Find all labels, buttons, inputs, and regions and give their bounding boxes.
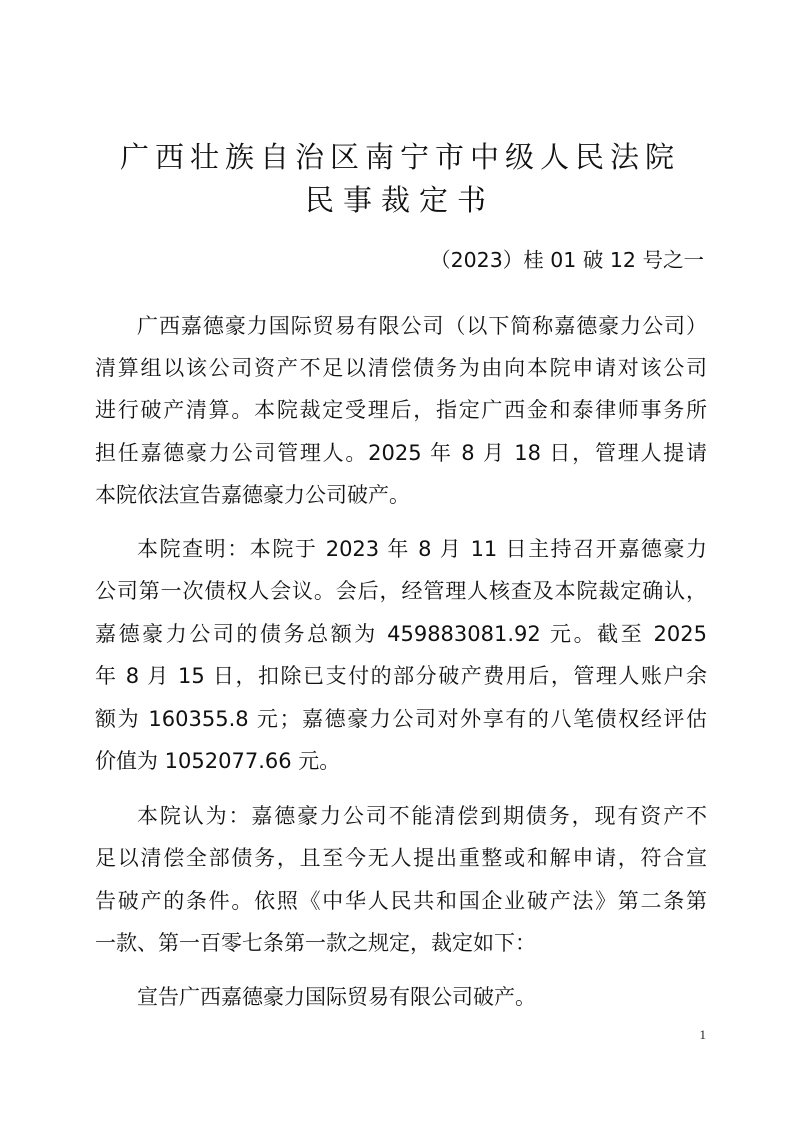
text-line: 本院认为：嘉德豪力公司不能清偿到期债务，现有资产不 <box>137 801 707 831</box>
text-line: 进行破产清算。本院裁定受理后，指定广西金和泰律师事务所 <box>95 395 707 425</box>
text-line: 额为 160355.8 元；嘉德豪力公司对外享有的八笔债权经评估 <box>95 704 707 734</box>
document-type-heading: 民事裁定书 <box>0 178 800 219</box>
text-line: 公司第一次债权人会议。会后，经管理人核查及本院裁定确认， <box>95 576 707 606</box>
page-number: 1 <box>700 1027 707 1043</box>
text-line: 广西嘉德豪力国际贸易有限公司（以下简称嘉德豪力公司） <box>137 311 707 341</box>
text-line: 本院查明：本院于 2023 年 8 月 11 日主持召开嘉德豪力 <box>137 534 707 564</box>
case-number: （2023）桂 01 破 12 号之一 <box>430 243 704 273</box>
text-line: 年 8 月 15 日，扣除已支付的部分破产费用后，管理人账户余 <box>95 661 707 691</box>
document-page: 广西壮族自治区南宁市中级人民法院 民事裁定书 （2023）桂 01 破 12 号… <box>0 0 800 1131</box>
text-line: 一款、第一百零七条第一款之规定，裁定如下： <box>95 928 707 958</box>
text-line: 价值为 1052077.66 元。 <box>95 746 707 776</box>
text-line: 嘉德豪力公司的债务总额为 459883081.92 元。截至 2025 <box>95 619 707 649</box>
text-line: 宣告广西嘉德豪力国际贸易有限公司破产。 <box>137 982 707 1012</box>
text-line: 担任嘉德豪力公司管理人。2025 年 8 月 18 日，管理人提请 <box>95 438 707 468</box>
text-line: 本院依法宣告嘉德豪力公司破产。 <box>95 480 707 510</box>
court-name-heading: 广西壮族自治区南宁市中级人民法院 <box>0 135 800 176</box>
text-line: 清算组以该公司资产不足以清偿债务为由向本院申请对该公司 <box>95 353 707 383</box>
text-line: 足以清偿全部债务，且至今无人提出重整或和解申请，符合宣 <box>95 843 707 873</box>
text-line: 告破产的条件。依照《中华人民共和国企业破产法》第二条第 <box>95 886 707 916</box>
